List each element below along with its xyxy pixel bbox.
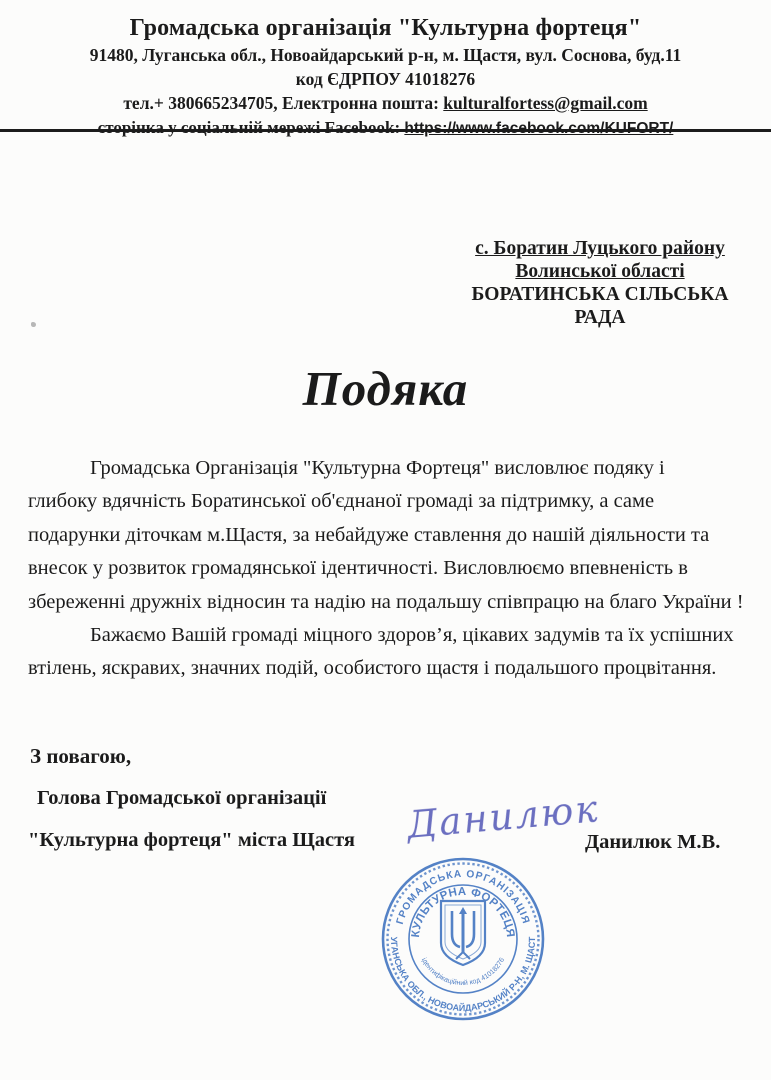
signer-position-line-2: "Культурна фортеця" міста Щастя [28, 829, 355, 852]
body-line: подарунки діточкам м.Щастя, за небайдуже… [28, 519, 758, 552]
addressee-block: с. Боратин Луцького району Волинської об… [440, 237, 760, 329]
facebook-line: сторінка у соціальній мережі Facebook: h… [0, 116, 771, 140]
letterhead: Громадська організація "Культурна фортец… [0, 13, 771, 140]
addressee-line-4: РАДА [440, 306, 760, 329]
body-line: Громадська Організація "Культурна Фортец… [28, 452, 758, 485]
body-line: глибоку вдячність Боратинської об'єднано… [28, 485, 758, 518]
email-address: kulturalfortess@gmail.com [443, 93, 647, 113]
scanned-letter-page: Громадська організація "Культурна фортец… [0, 0, 771, 1080]
scan-artifact-speck [31, 322, 36, 327]
closing-salutation: З повагою, [30, 744, 131, 769]
phone-email-label: тел.+ 380665234705, Електронна пошта: [123, 93, 443, 113]
signer-name: Данилюк М.В. [585, 831, 720, 854]
phone-email-line: тел.+ 380665234705, Електронна пошта: ku… [0, 92, 771, 115]
addressee-line-3: БОРАТИНСЬКА СІЛЬСЬКА [440, 283, 760, 306]
addressee-line-1: с. Боратин Луцького району [475, 237, 725, 260]
facebook-label: сторінка у соціальній мережі Facebook: [98, 118, 405, 137]
body-line: збереженні дружніх відносин та надію на … [28, 586, 758, 619]
addressee-line-2: Волинської області [515, 260, 684, 283]
body-line: втілень, яскравих, значних подій, особис… [28, 652, 758, 685]
stamp-inner-bottom-text: ідентифікаційний код 41018276 [420, 956, 506, 987]
letter-body: Громадська Організація "Культурна Фортец… [28, 452, 758, 686]
organization-address: 91480, Луганська обл., Новоайдарський р-… [0, 44, 771, 67]
letterhead-divider-rule [0, 129, 771, 132]
document-title: Подяка [0, 360, 771, 417]
body-line: Бажаємо Вашій громаді міцного здоров’я, … [28, 619, 758, 652]
organization-name: Громадська організація "Культурна фортец… [0, 13, 771, 43]
signer-position-line-1: Голова Громадської організації [37, 787, 326, 810]
official-round-stamp: ГРОМАДСЬКА ОРГАНІЗАЦІЯ ЛУГАНСЬКА ОБЛ., Н… [379, 855, 547, 1023]
trident-shield-emblem [441, 901, 485, 965]
edrpou-code: код ЄДРПОУ 41018276 [0, 68, 771, 91]
svg-text:ідентифікаційний код 41018276: ідентифікаційний код 41018276 [420, 956, 506, 987]
body-line: внесок у розвиток громадянської ідентичн… [28, 552, 758, 585]
